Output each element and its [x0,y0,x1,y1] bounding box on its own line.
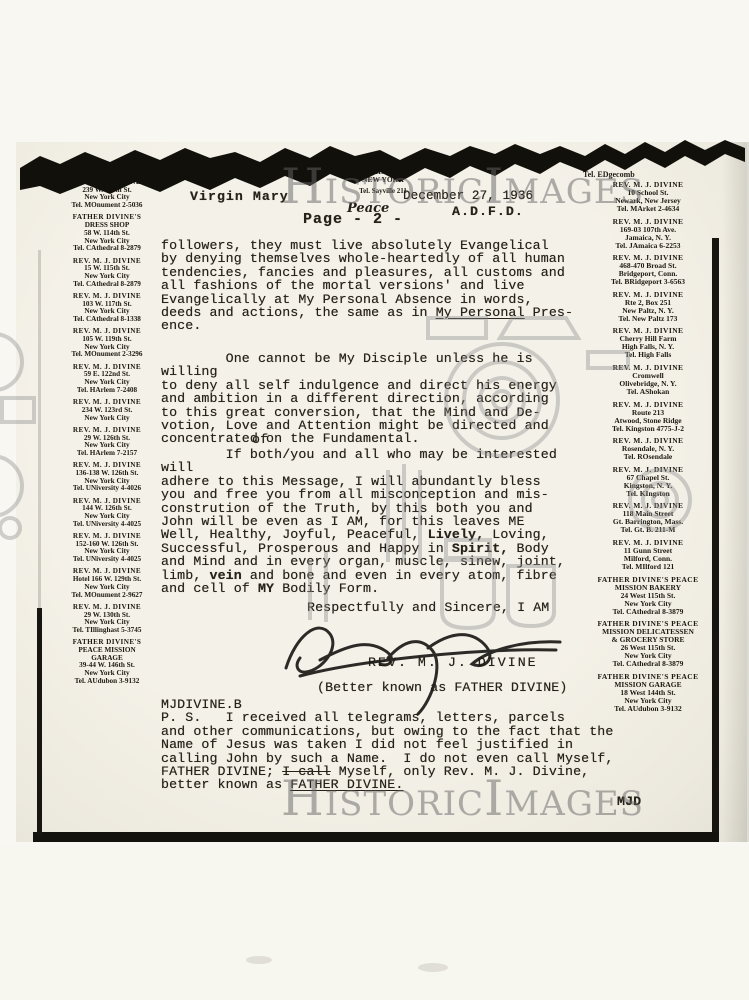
entry-line: Tel. MOnument 2-3296 [44,351,170,359]
entry-line: Tel. Kingston 4775-J-2 [577,425,719,433]
text-line: limb, vein and bone and even in every at… [161,569,597,582]
entry-line: Tel. CAthedral 8-2879 [44,245,170,253]
text-line: If both/you and all who may be intereste… [161,448,597,475]
text-line: ence. [161,319,597,332]
entry-line: Tel. KIngston [577,490,719,498]
entry-line: Tel. BRidgeport 3-6563 [577,278,719,286]
entry-line: Tel. CAthedral 8-2879 [44,281,170,289]
address-column-left: REV. M. J. DIVINE239 W. 113th St.New Yor… [44,179,170,690]
directory-entry: REV. M. J. DIVINE468-470 Broad St.Bridge… [577,254,719,286]
watermark-text-top: HistoricImages [281,158,644,215]
text-line: Successful, Prosperous and Happy in Spir… [161,542,597,555]
text-line: you and free you from all misconception … [161,488,597,501]
text-line: Evangelically at My Personal Absence in … [161,293,597,306]
text-line: Name of Jesus was taken I did not feel j… [161,738,641,751]
entry-line: Tel. High Falls [577,351,719,359]
text-line: followers, they must live absolutely Eva… [161,239,597,252]
entry-line: Tel. TIllinghast 5-3745 [44,627,170,635]
text-line: to deny all self indulgence and direct h… [161,379,597,392]
directory-entry: FATHER DIVINE'SDRESS SHOP58 W. 114th St.… [44,214,170,253]
directory-entry: REV. M. J. DIVINE103 W. 117th St.New Yor… [44,293,170,324]
entry-line: Tel. MIlford 121 [577,563,719,571]
entry-line: New York City [44,415,170,423]
photo-frame-left-faint [38,250,41,610]
text-line: calling John by such a Name. I do not ev… [161,752,641,765]
entry-line: Tel. JAmaica 6-2253 [577,242,719,250]
directory-entry: REV. M. J. DIVINE29 W. 130th St.New York… [44,604,170,635]
entry-line: Tel. Gt. B. 211-M [577,526,719,534]
directory-entry: REV. M. J. DIVINE136-138 W. 126th St.New… [44,462,170,493]
directory-entry: REV. M. J. DIVINECromwellOlivebridge, N.… [577,364,719,396]
text-line: concentrated on the Fundamental. [161,432,597,445]
text-line: Well, Healthy, Joyful, Peaceful, Lively,… [161,528,597,541]
text-line: and other communications, but owing to t… [161,725,641,738]
text-line: and Mind and in every organ, muscle, sin… [161,555,597,568]
directory-entry: REV. M. J. DIVINERosendale, N. Y.Tel. RO… [577,437,719,461]
entry-line: Tel. HArlem 7-2408 [44,387,170,395]
text-line: adhere to this Message, I will abundantl… [161,475,597,488]
text-line: by denying themselves whole-heartedly of… [161,252,597,265]
photo-margin-bottom [0,846,749,1000]
entry-line: Tel. UNiversity 4-4026 [44,485,170,493]
entry-line: Tel. MOnument 2-9627 [44,592,170,600]
entry-line: Tel. AUdubon 3-9132 [44,678,170,686]
directory-entry: REV. M. J. DIVINE234 W. 123rd St.New Yor… [44,399,170,422]
directory-entry: REV. M. J. DIVINERte 2, Box 251New Paltz… [577,291,719,323]
watermark-text-bottom: HistoricImages [281,770,644,827]
entry-line: Tel. UNiversity 4-4025 [44,521,170,529]
text-line: and cell of MY Bodily Form. [161,582,597,595]
directory-entry: REV. M. J. DIVINE105 W. 119th St.New Yor… [44,328,170,359]
text-line: John will be even as I AM, for this leav… [161,515,597,528]
text-line: and ambition in a different direction, a… [161,392,597,405]
directory-entry: REV. M. J. DIVINE144 W. 126th St.New Yor… [44,498,170,529]
directory-entry: REV. M. J. DIVINERoute 213Atwood, Stone … [577,401,719,433]
directory-entry: REV. M. J. DIVINE29 W. 126th St.New York… [44,427,170,458]
paragraph-3: If both/you and all who may be intereste… [161,448,597,595]
entry-line: Tel. HArlem 7-2157 [44,450,170,458]
text-line: constrution of the Truth, by this both y… [161,502,597,515]
text-line: all fashions of the mortal versions' and… [161,279,597,292]
directory-entry: REV. M. J. DIVINECherry Hill FarmHigh Fa… [577,327,719,359]
paragraph-1: followers, they must live absolutely Eva… [161,239,597,333]
text-line: to this great conversion, that the Mind … [161,406,597,419]
directory-entry: FATHER DIVINE'SPEACE MISSIONGARAGE39-44 … [44,639,170,685]
directory-entry: REV. M. J. DIVINE169-03 107th Ave.Jamaic… [577,218,719,250]
entry-line: Tel. CAthedral 8-1338 [44,316,170,324]
handwritten-signature [260,600,600,720]
paper-smudge [246,956,272,964]
scan-edge-shadow [722,142,749,842]
entry-line: Tel. UNiversity 4-4025 [44,556,170,564]
photo-frame-bottom [33,832,719,842]
page-number: Page - 2 - [303,213,403,226]
press-photo-scan: { "watermark": { "text": "HistoricImages… [0,0,749,1000]
directory-entry: REV. M. J. DIVINEHotel 166 W. 129th St.N… [44,568,170,599]
photo-frame-left [37,608,42,836]
directory-entry: REV. M. J. DIVINE67 Chapel St.Kingston, … [577,466,719,498]
entry-line: Tel. New Paltz 173 [577,315,719,323]
text-line: One cannot be My Disciple unless he is w… [161,352,597,379]
paragraph-2: One cannot be My Disciple unless he is w… [161,352,597,446]
paper-smudge [418,963,448,972]
directory-entry: REV. M. J. DIVINE15 W. 115th St.New York… [44,258,170,289]
text-line: tendencies, fancies and pleasures, all c… [161,266,597,279]
entry-line: Tel. AShokan [577,388,719,396]
directory-entry: REV. M. J. DIVINE59 E. 122nd St.New York… [44,364,170,395]
inserted-correction-of: of [252,433,268,446]
text-line: votion, Love and Attention might be dire… [161,419,597,432]
directory-entry: REV. M. J. DIVINE152-160 W. 126th St.New… [44,533,170,564]
text-line: deeds and actions, the same as in My Per… [161,306,597,319]
entry-line: Tel. ROsendale [577,453,719,461]
directory-entry: REV. M. J. DIVINE11 Gunn StreetMilford, … [577,539,719,571]
directory-entry: REV. M. J. DIVINE118 Main StreetGt. Barr… [577,502,719,534]
